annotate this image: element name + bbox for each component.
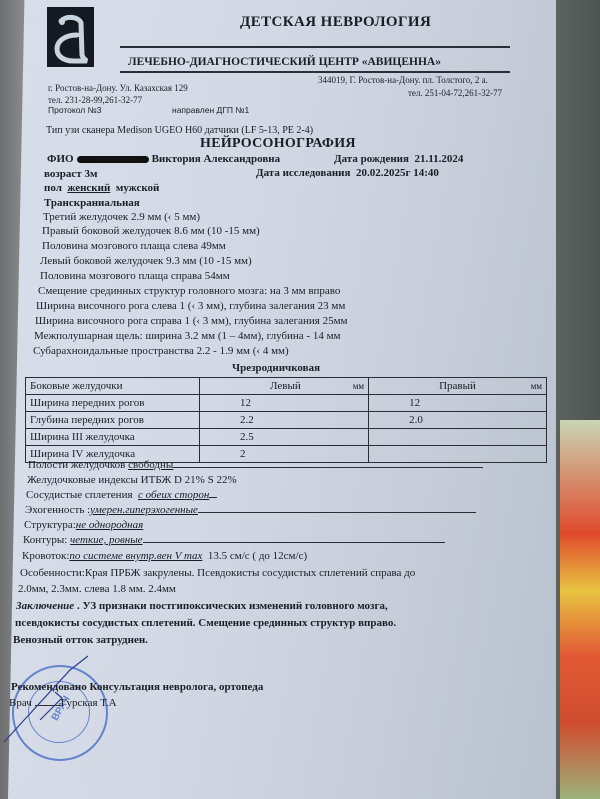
measurement-line: Половина мозгового плаща справа 54мм [40,270,230,282]
transfontanel-title: Чрезродничковая [232,362,320,374]
table-header-right: Правыймм [369,378,547,395]
fill-line [209,497,217,498]
address-left: г. Ростов-на-Дону. Ул. Казахская 129 [48,83,188,93]
protocol-number: Протокол №3 [48,105,101,115]
exam-date: 20.02.2025г 14:40 [356,167,439,179]
right-value: 12 [369,395,547,412]
flow-label: Кровоток: [22,550,69,562]
plexus-label: Сосудистые сплетения [26,489,133,501]
clinic-name: ЛЕЧЕБНО-ДИАГНОСТИЧЕСКИЙ ЦЕНТР «АВИЦЕННА» [128,56,441,68]
cavities-label: Полости желудочков [28,459,125,471]
redacted-surname [77,156,149,163]
clinic-department-title: ДЕТСКАЯ НЕВРОЛОГИЯ [240,14,431,31]
table-row: Ширина передних рогов 12 12 [26,395,547,412]
row-label: Ширина III желудочка [26,429,200,446]
phone-right: тел. 251-04-72,261-32-77 [408,88,502,98]
conclusion-label: Заключение [16,600,74,612]
header-rule-bottom [120,71,510,73]
report-title: НЕЙРОСОНОГРАФИЯ [200,136,356,152]
flow-value: по системе внутр.вен V max [69,550,202,562]
referral: направлен ДГП №1 [172,105,249,115]
measurement-line: Ширина височного рога слева 1 (‹ 3 мм), … [36,300,345,312]
sex-female-selected: женский [67,182,110,194]
table-header: Боковые желудочки [26,378,200,395]
row-label: Ширина передних рогов [26,395,200,412]
signature-stroke [0,650,100,750]
sex-male: мужской [116,182,160,194]
scanner-info: Тип узи сканера Medison UGEO H60 датчики… [46,125,313,136]
measurement-line: Смещение срединных структур головного мо… [38,285,340,297]
transcranial-title: Транскраниальная [44,197,140,209]
contours-value: четкие, ровные [70,534,143,546]
measurement-line: Субарахноидальные пространства 2.2 - 1.9… [33,345,289,357]
ventricular-indices: Желудочковые индексы ИТБЖ D 21% S 22% [27,474,237,486]
sex-label: пол [44,182,62,194]
structure-label: Структура: [24,519,76,531]
birth-label: Дата рождения [334,153,409,165]
echo-value: умерен.гиперэхогенные [90,504,198,516]
echo-label: Эхогенность : [25,504,90,516]
measurement-line: Половина мозгового плаща слева 49мм [42,240,226,252]
background-fabric [560,420,600,799]
fill-line [173,467,483,468]
conclusion-text: . УЗ признаки постгипоксических изменени… [74,600,388,612]
features-line: Особенности:Края ПРБЖ закрулены. Псевдок… [20,567,415,579]
patient-age: возраст 3м [44,168,97,180]
left-value: 2.5 [200,429,369,446]
right-value: 2.0 [369,412,547,429]
table-header-left: Левыймм [200,378,369,395]
fill-line [143,542,445,543]
table-row: Глубина передних рогов 2.2 2.0 [26,412,547,429]
flow-numbers: 13.5 см/с ( до 12см/с) [208,550,307,562]
exam-label: Дата исследования [256,167,350,179]
measurement-line: Правый боковой желудочек 8.6 мм (10 -15 … [42,225,260,237]
ventricles-table: Боковые желудочки Левыймм Правыймм Ширин… [25,377,547,463]
measurement-line: Третий желудочек 2.9 мм (‹ 5 мм) [43,211,200,223]
structure-value: не однородная [76,519,143,531]
contours-label: Контуры: [23,534,67,546]
left-value: 2.2 [200,412,369,429]
fill-line [198,512,476,513]
address-right: 344019, Г. Ростов-на-Дону. пл. Толстого,… [318,75,488,85]
phone-left: тел. 231-28-99,261-32-77 [48,95,142,105]
measurement-line: Ширина височного рога справа 1 (‹ 3 мм),… [35,315,348,327]
plexus-value: с обеих сторон [138,489,209,501]
patient-name: Виктория Александровна [152,153,281,165]
features-line: 2.0мм, 2.3мм. слева 1.8 мм. 2.4мм [18,583,176,595]
conclusion-text: псевдокисты сосудистых сплетений. Смещен… [15,617,396,629]
birth-date: 21.11.2024 [414,153,463,165]
right-value [369,429,547,446]
row-label: Глубина передних рогов [26,412,200,429]
measurement-line: Межполушарная щель: ширина 3.2 мм (1 – 4… [34,330,341,342]
table-header-row: Боковые желудочки Левыймм Правыймм [26,378,547,395]
left-value: 12 [200,395,369,412]
fio-label: ФИО [47,153,74,165]
conclusion-text: Венозный отток затруднен. [13,634,148,646]
table-row: Ширина III желудочка 2.5 [26,429,547,446]
cavities-value: свободны [128,459,173,471]
measurement-line: Левый боковой желудочек 9.3 мм (10 -15 м… [40,255,252,267]
avicenna-logo-icon [47,7,94,67]
header-rule-top [120,46,510,48]
